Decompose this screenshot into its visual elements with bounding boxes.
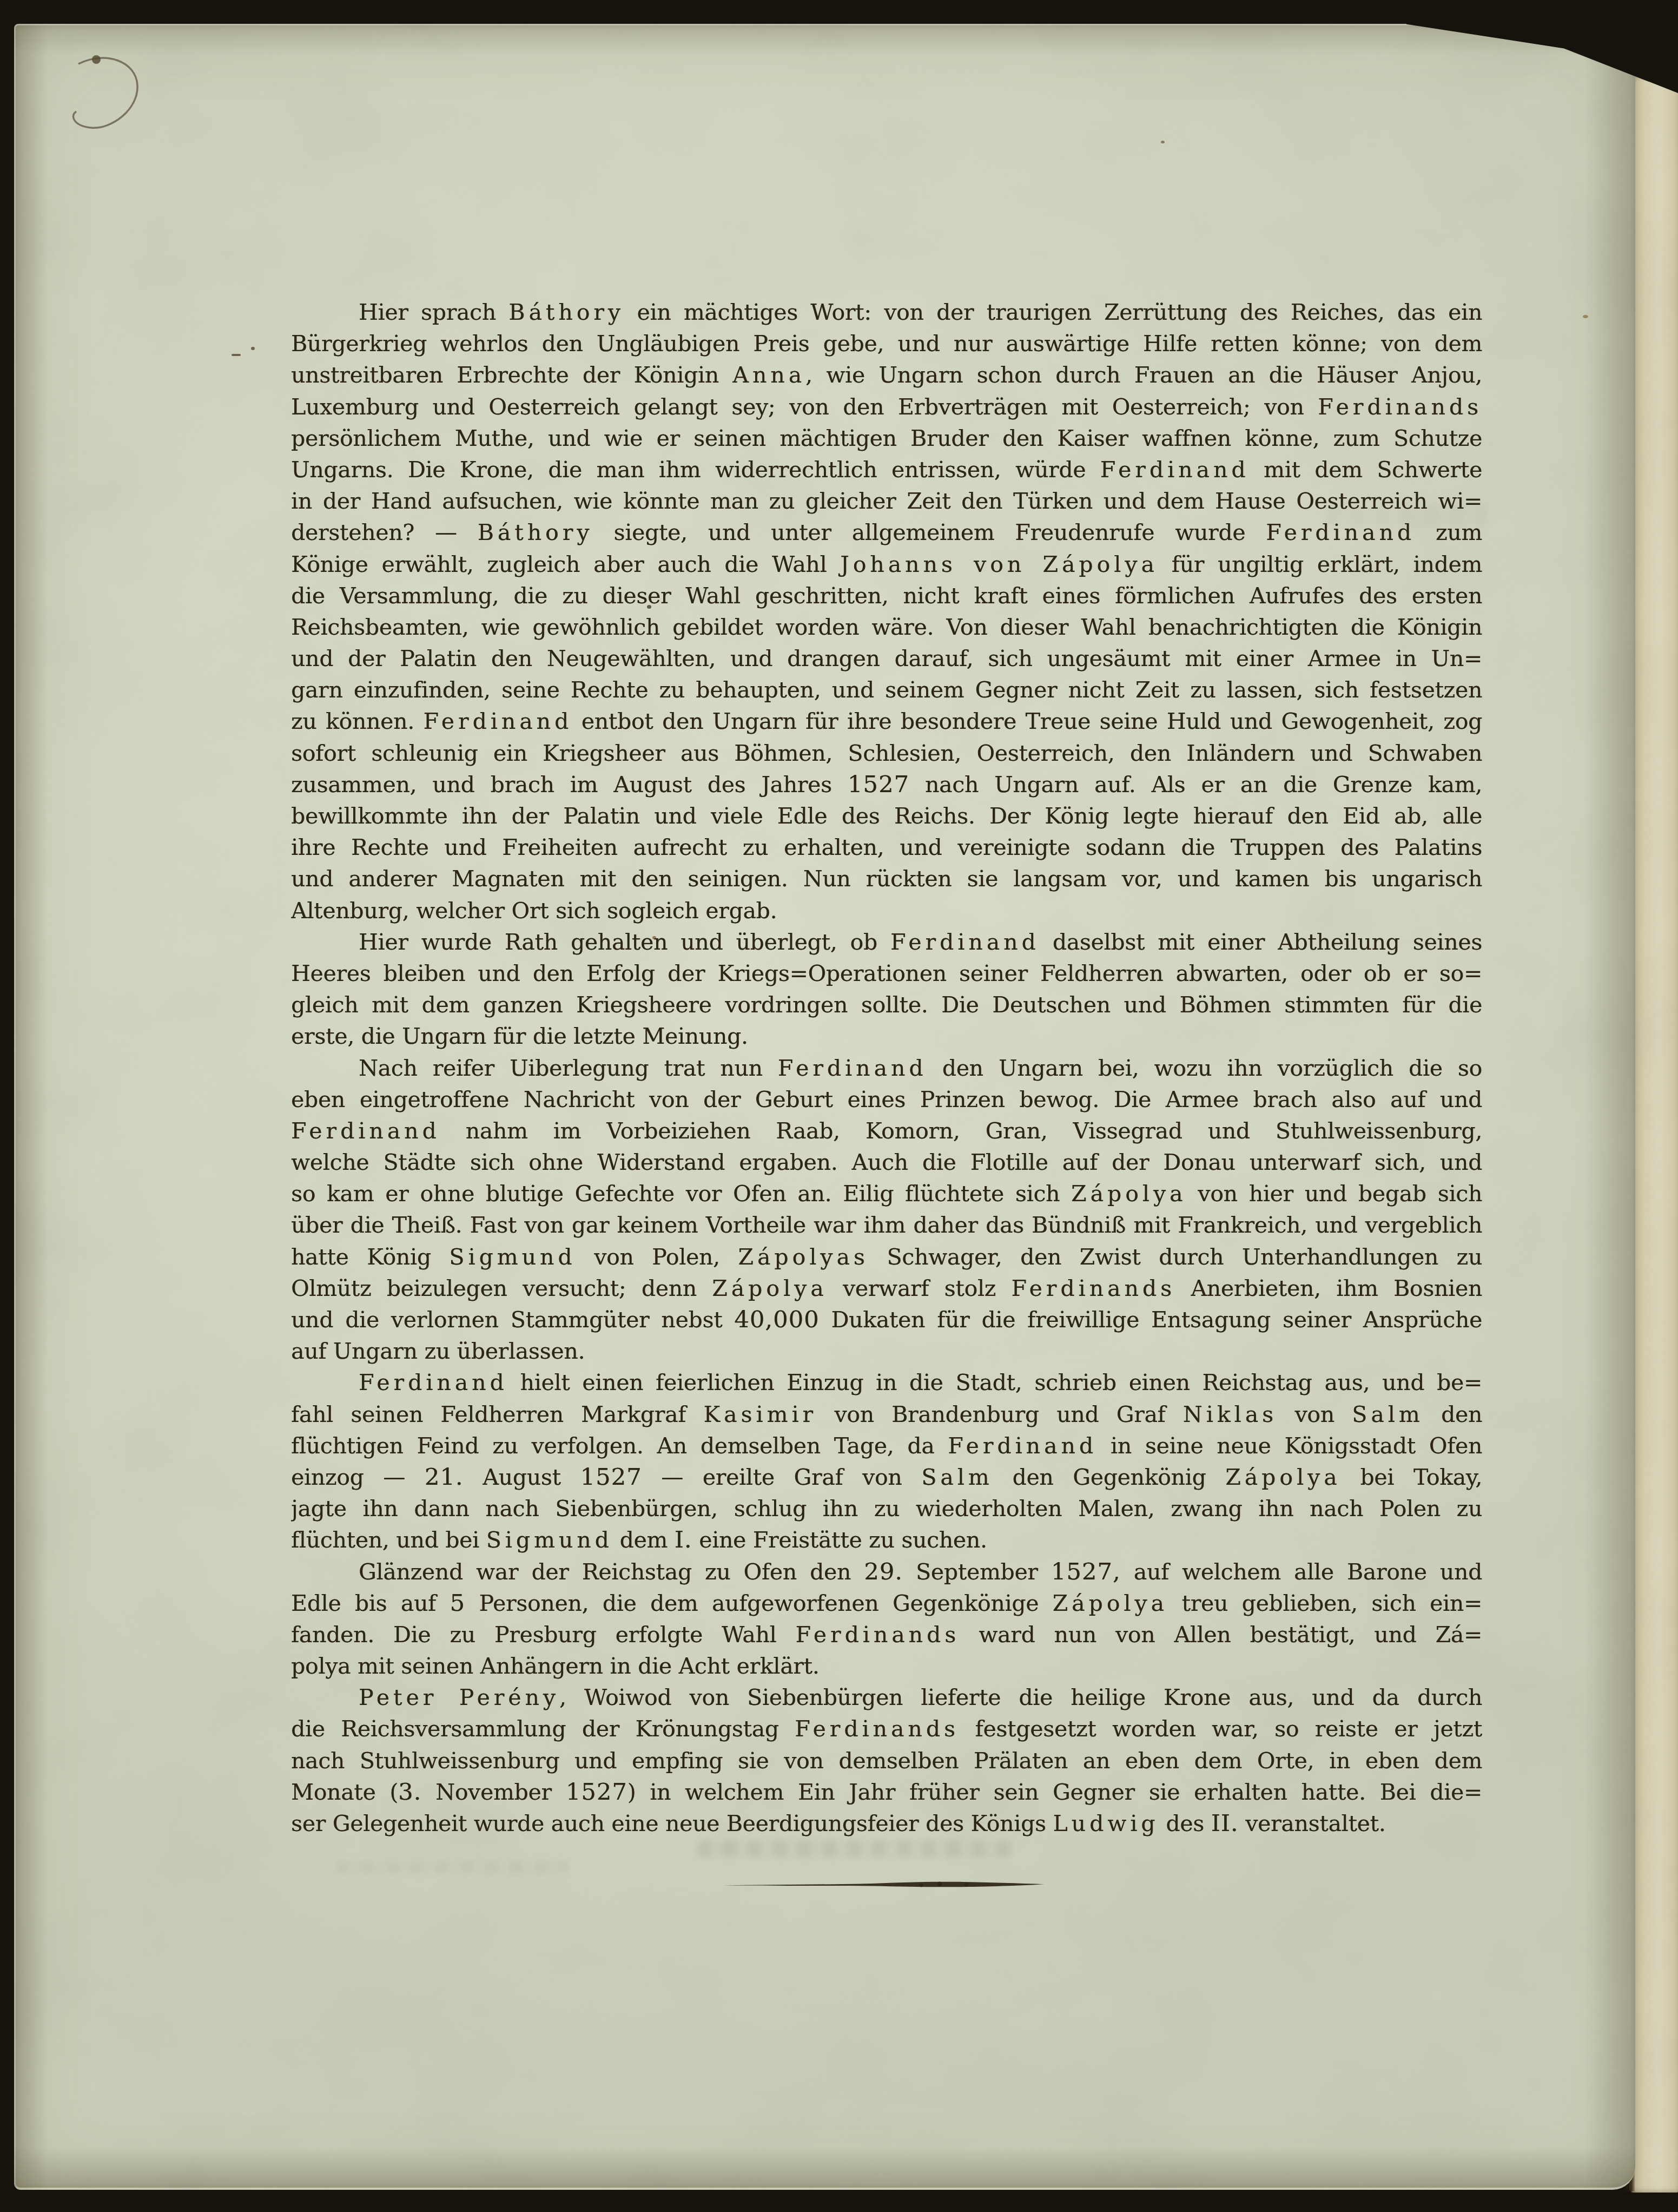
letterspaced-name: Zápolya xyxy=(712,1275,827,1301)
text-line: polya mit seinen Anhängern in die Acht e… xyxy=(291,1650,1482,1682)
text-line: fanden. Die zu Presburg erfolgte Wahl Fe… xyxy=(291,1619,1482,1650)
antiqua-numeral: 1527 xyxy=(580,1464,642,1491)
text-line: einzog — 21. August 1527 — ereilte Graf … xyxy=(291,1462,1482,1493)
letterspaced-name: Ferdinands xyxy=(1011,1275,1175,1301)
text-line: die Reichsversammlung der Krönungstag Fe… xyxy=(291,1713,1482,1744)
letterspaced-name: Johanns von Zápolya xyxy=(840,551,1158,577)
text-line: auf Ungarn zu überlassen. xyxy=(291,1335,1482,1367)
text-line: persönlichem Muthe, und wie er seinen mä… xyxy=(291,423,1482,454)
letterspaced-name: Ferdinand xyxy=(890,929,1040,955)
text-line: über die Theiß. Fast von gar keinem Vort… xyxy=(291,1209,1482,1241)
text-block: Hier sprach Báthory ein mächtiges Wort: … xyxy=(291,297,1482,1839)
letterspaced-name: Kasimir xyxy=(703,1401,817,1427)
text-line: Hier wurde Rath gehalten und überlegt, o… xyxy=(291,926,1482,958)
text-line: Luxemburg und Oesterreich gelangt sey; v… xyxy=(291,391,1482,423)
text-line: Ferdinand hielt einen feierlichen Einzug… xyxy=(291,1367,1482,1398)
letterspaced-name: Peter Perény xyxy=(359,1684,559,1710)
letterspaced-name: Zápolya xyxy=(1225,1464,1340,1490)
paper-fiber xyxy=(54,48,184,145)
text-line: und die verlornen Stammgüter nebst 40,00… xyxy=(291,1304,1482,1335)
book-scan: Hier sprach Báthory ein mächtiges Wort: … xyxy=(0,0,1678,2212)
antiqua-numeral: 21. xyxy=(425,1464,464,1491)
letterspaced-name: Ferdinand xyxy=(1011,1275,1160,1301)
text-line: erste, die Ungarn für die letzte Meinung… xyxy=(291,1021,1482,1052)
letterspaced-name: Ferdinand xyxy=(424,708,573,734)
text-line: fahl seinen Feldherren Markgraf Kasimir … xyxy=(291,1399,1482,1430)
letterspaced-name: Zápolya xyxy=(1042,551,1158,577)
text-line: jagte ihn dann nach Siebenbürgen, schlug… xyxy=(291,1493,1482,1524)
text-line: Heeres bleiben und den Erfolg der Kriegs… xyxy=(291,958,1482,989)
text-line: so kam er ohne blutige Gefechte vor Ofen… xyxy=(291,1178,1482,1209)
text-line: die Versammlung, die zu dieser Wahl gesc… xyxy=(291,580,1482,611)
letterspaced-name: Ferdinand xyxy=(1318,394,1467,420)
antiqua-numeral: II. xyxy=(1211,1810,1239,1837)
text-line: nach Stuhlweissenburg und empfing sie vo… xyxy=(291,1745,1482,1776)
antiqua-numeral: I. xyxy=(675,1526,692,1553)
antiqua-numeral: 1527 xyxy=(566,1779,627,1806)
text-line: zusammen, und brach im August des Jahres… xyxy=(291,769,1482,800)
letterspaced-name: Perény xyxy=(459,1684,559,1710)
antiqua-numeral: 40,000 xyxy=(734,1306,819,1333)
text-line: Könige erwählt, zugleich aber auch die W… xyxy=(291,549,1482,580)
letterspaced-name: Ferdinand xyxy=(1100,457,1250,483)
letterspaced-name: Ferdinands xyxy=(1318,394,1482,420)
letterspaced-name: Báthory xyxy=(478,519,593,545)
underlying-page-edge xyxy=(1629,74,1678,2193)
letterspaced-name: Ludwig xyxy=(1053,1811,1159,1836)
text-line: sofort schleunig ein Kriegsheer aus Böhm… xyxy=(291,738,1482,769)
text-line: flüchten, und bei Sigmund dem I. eine Fr… xyxy=(291,1524,1482,1556)
letterspaced-name: Zápolyas xyxy=(738,1244,868,1270)
text-line: Ferdinand nahm im Vorbeiziehen Raab, Kom… xyxy=(291,1115,1482,1147)
text-line: garn einzufinden, seine Rechte zu behaup… xyxy=(291,674,1482,706)
text-line: Hier sprach Báthory ein mächtiges Wort: … xyxy=(291,297,1482,328)
letterspaced-name: Zápolya xyxy=(1053,1590,1168,1616)
antiqua-numeral: 29. xyxy=(864,1558,903,1585)
letterspaced-name: Ferdinand xyxy=(948,1433,1097,1459)
ink-speck xyxy=(92,55,101,64)
text-line: in der Hand aufsuchen, wie könnte man zu… xyxy=(291,485,1482,517)
text-line: ser Gelegenheit wurde auch eine neue Bee… xyxy=(291,1808,1482,1839)
letterspaced-name: Sigmund xyxy=(449,1244,576,1270)
text-line: welche Städte sich ohne Widerstand ergab… xyxy=(291,1147,1482,1178)
letterspaced-name: Ferdinand xyxy=(796,1622,945,1648)
text-line: flüchtigen Feind zu verfolgen. An demsel… xyxy=(291,1430,1482,1462)
antiqua-numeral: 3. xyxy=(398,1779,421,1806)
text-line: zu können. Ferdinand entbot den Ungarn f… xyxy=(291,706,1482,737)
letterspaced-name: Anna xyxy=(732,362,805,388)
antiqua-numeral: 1527, xyxy=(1051,1558,1121,1585)
letterspaced-name: Salm xyxy=(1352,1401,1423,1427)
showthrough-text-ghost xyxy=(698,1841,1012,1857)
letterspaced-name: Ferdinand xyxy=(291,1118,440,1144)
letterspaced-name: Ferdinand xyxy=(778,1055,927,1081)
text-line: Nach reifer Uiberlegung trat nun Ferdina… xyxy=(291,1052,1482,1084)
text-line: derstehen? — Báthory siegte, und unter a… xyxy=(291,517,1482,548)
text-line: und anderer Magnaten mit den seinigen. N… xyxy=(291,863,1482,894)
text-line: eben eingetroffene Nachricht von der Geb… xyxy=(291,1084,1482,1115)
paper-speck xyxy=(1161,141,1165,143)
text-line: Altenburg, welcher Ort sich sogleich erg… xyxy=(291,895,1482,926)
text-line: unstreitbaren Erbrechte der Königin Anna… xyxy=(291,359,1482,391)
scan-background: { "page_meta": { "kind": "scanned book p… xyxy=(0,0,1678,2212)
paper-speck xyxy=(232,354,241,356)
text-line: Edle bis auf 5 Personen, die dem aufgewo… xyxy=(291,1588,1482,1619)
letterspaced-name: Ferdinand xyxy=(795,1716,944,1742)
letterspaced-name: Zápolya xyxy=(738,1244,853,1270)
showthrough-text-ghost xyxy=(335,1861,568,1873)
antiqua-numeral: 5 xyxy=(450,1590,465,1617)
text-line: gleich mit dem ganzen Kriegsheere vordri… xyxy=(291,989,1482,1021)
text-line: ihre Rechte und Freiheiten aufrecht zu e… xyxy=(291,832,1482,863)
letterspaced-name: Sigmund xyxy=(486,1527,613,1553)
ornamental-divider xyxy=(722,1878,1047,1892)
text-line: Monate (3. November 1527) in welchem Ein… xyxy=(291,1776,1482,1808)
text-line: hatte König Sigmund von Polen, Zápolyas … xyxy=(291,1241,1482,1273)
text-line: und der Palatin den Neugewählten, und dr… xyxy=(291,643,1482,674)
letterspaced-name: Báthory xyxy=(508,299,624,325)
text-line: Reichsbeamten, wie gewöhnlich gebildet w… xyxy=(291,611,1482,643)
text-line: Ungarns. Die Krone, die man ihm widerrec… xyxy=(291,454,1482,485)
text-line: Peter Perény, Woiwod von Siebenbürgen li… xyxy=(291,1682,1482,1713)
text-line: Bürgerkrieg wehrlos den Ungläubigen Prei… xyxy=(291,328,1482,359)
text-line: Olmütz beizulegen versucht; denn Zápolya… xyxy=(291,1273,1482,1304)
text-line: bewillkommte ihn der Palatin und viele E… xyxy=(291,800,1482,832)
letterspaced-name: Salm xyxy=(921,1464,993,1490)
letterspaced-name: Ferdinands xyxy=(795,1716,959,1742)
text-line: Glänzend war der Reichstag zu Ofen den 2… xyxy=(291,1556,1482,1588)
letterspaced-name: Ferdinand xyxy=(359,1370,508,1395)
letterspaced-name: Ferdinand xyxy=(1266,519,1415,545)
paper-speck xyxy=(1583,315,1588,318)
letterspaced-name: Niklas xyxy=(1183,1401,1277,1427)
paper-speck xyxy=(251,347,255,350)
letterspaced-name: Zápolya xyxy=(1071,1181,1186,1207)
antiqua-numeral: 1527 xyxy=(848,771,909,798)
letterspaced-name: Ferdinands xyxy=(796,1622,960,1648)
